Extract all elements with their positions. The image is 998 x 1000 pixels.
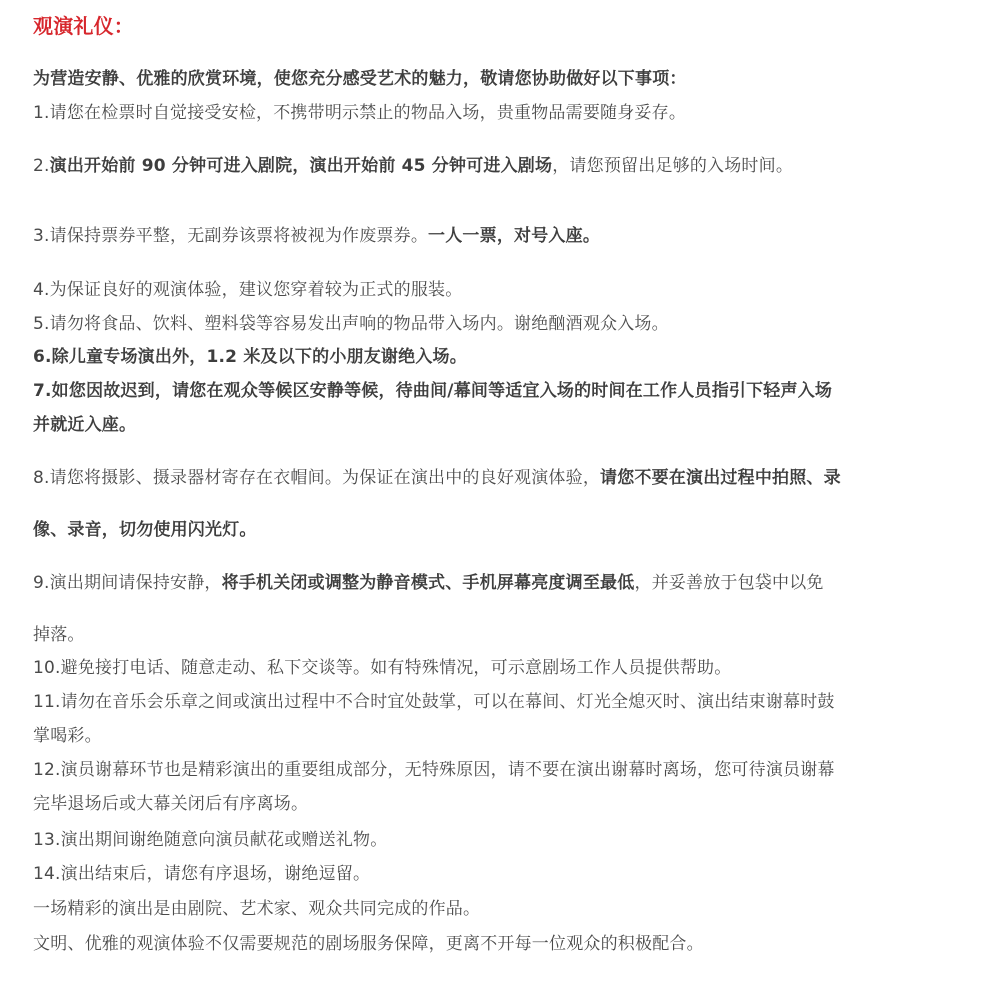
rule-item-9-line-1: 9.演出期间请保持安静，将手机关闭或调整为静音模式、手机屏幕亮度调至最低，并妥善… (33, 571, 968, 595)
closing-line-2: 文明、优雅的观演体验不仅需要规范的剧场服务保障，更离不开每一位观众的积极配合。 (33, 932, 968, 956)
rule-item-12-line-1: 12.演员谢幕环节也是精彩演出的重要组成部分，无特殊原因，请不要在演出谢幕时离场… (33, 758, 968, 782)
rule-item-11-line-1: 11.请勿在音乐会乐章之间或演出过程中不合时宜处鼓掌，可以在幕间、灯光全熄灭时、… (33, 690, 968, 714)
rule-item-11-line-2: 掌喝彩。 (33, 724, 968, 748)
closing-line-1: 一场精彩的演出是由剧院、艺术家、观众共同完成的作品。 (33, 897, 968, 921)
rule-item-1: 1.请您在检票时自觉接受安检，不携带明示禁止的物品入场，贵重物品需要随身妥存。 (33, 101, 968, 125)
rule-item-5: 5.请勿将食品、饮料、塑料袋等容易发出声响的物品带入场内。谢绝酗酒观众入场。 (33, 312, 968, 336)
rule-2-number: 2. (33, 156, 50, 176)
etiquette-document: 观演礼仪： 为营造安静、优雅的欣赏环境，使您充分感受艺术的魅力，敬请您协助做好以… (0, 0, 998, 1000)
rule-8-emphasis: 请您不要在演出过程中拍照、录 (600, 468, 841, 488)
document-title: 观演礼仪： (33, 14, 968, 38)
rule-2-emphasis: 演出开始前 90 分钟可进入剧院，演出开始前 45 分钟可进入剧场 (50, 156, 553, 176)
rule-9-tail: ，并妥善放于包袋中以免 (634, 573, 823, 593)
rule-item-6: 6.除儿童专场演出外，1.2 米及以下的小朋友谢绝入场。 (33, 345, 968, 369)
rule-item-9-line-2: 掉落。 (33, 623, 968, 647)
rule-item-7-line-1: 7.如您因故迟到，请您在观众等候区安静等候，待曲间/幕间等适宜入场的时间在工作人… (33, 379, 968, 403)
rule-item-8-line-2: 像、录音，切勿使用闪光灯。 (33, 518, 968, 542)
rule-2-tail: ，请您预留出足够的入场时间。 (552, 156, 793, 176)
rule-item-10: 10.避免接打电话、随意走动、私下交谈等。如有特殊情况，可示意剧场工作人员提供帮… (33, 656, 968, 680)
rule-item-8-line-1: 8.请您将摄影、摄录器材寄存在衣帽间。为保证在演出中的良好观演体验，请您不要在演… (33, 466, 968, 490)
rule-item-14: 14.演出结束后，请您有序退场，谢绝逗留。 (33, 862, 968, 886)
rule-3-text: 3.请保持票券平整，无副券该票将被视为作废票券。 (33, 226, 428, 246)
rule-3-emphasis: 一人一票，对号入座。 (428, 226, 600, 246)
rule-9-emphasis: 将手机关闭或调整为静音模式、手机屏幕亮度调至最低 (222, 573, 635, 593)
rule-item-12-line-2: 完毕退场后或大幕关闭后有序离场。 (33, 792, 968, 816)
rule-item-2: 2.演出开始前 90 分钟可进入剧院，演出开始前 45 分钟可进入剧场，请您预留… (33, 154, 968, 178)
rule-9-text: 9.演出期间请保持安静， (33, 573, 222, 593)
rule-item-4: 4.为保证良好的观演体验，建议您穿着较为正式的服装。 (33, 278, 968, 302)
rule-item-7-line-2: 并就近入座。 (33, 413, 968, 437)
rule-item-3: 3.请保持票券平整，无副券该票将被视为作废票券。一人一票，对号入座。 (33, 224, 968, 248)
rule-8-text: 8.请您将摄影、摄录器材寄存在衣帽间。为保证在演出中的良好观演体验， (33, 468, 600, 488)
intro-text: 为营造安静、优雅的欣赏环境，使您充分感受艺术的魅力，敬请您协助做好以下事项： (33, 67, 968, 91)
rule-item-13: 13.演出期间谢绝随意向演员献花或赠送礼物。 (33, 828, 968, 852)
